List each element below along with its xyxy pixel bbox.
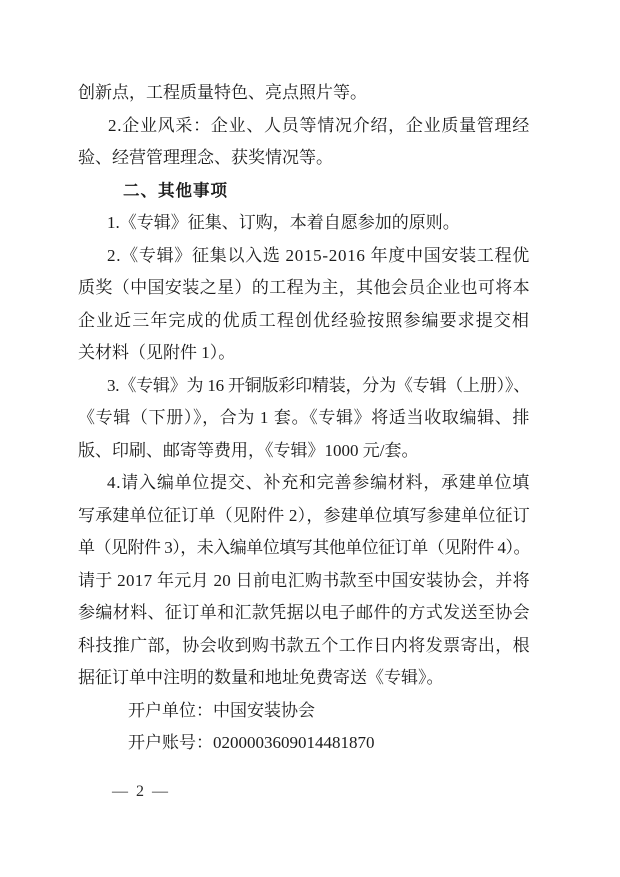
- text-line-content: 关材料（见附件 1）。: [78, 343, 235, 362]
- text-line: 据征订单中注明的数量和地址免费寄送《专辑》。: [78, 662, 530, 695]
- text-line: 开户账号：0200003609014481870: [78, 727, 530, 760]
- text-line: 创新点，工程质量特色、亮点照片等。: [78, 77, 530, 110]
- text-line-content: 开户单位：中国安装协会: [128, 701, 315, 720]
- text-line: 版、印刷、邮寄等费用，《专辑》1000 元/套。: [78, 435, 530, 468]
- text-line-content: 3.《专辑》为 16 开铜版彩印精装，分为《专辑（上册）》、: [107, 376, 530, 395]
- document-body: 创新点，工程质量特色、亮点照片等。2.企业风采：企业、人员等情况介绍，企业质量管…: [78, 77, 530, 760]
- document-page: 创新点，工程质量特色、亮点照片等。2.企业风采：企业、人员等情况介绍，企业质量管…: [0, 0, 620, 877]
- text-line: 参编材料、征订单和汇款凭据以电子邮件的方式发送至协会: [78, 597, 530, 630]
- text-line-content: 写承建单位征订单（见附件 2），参建单位填写参建单位征订: [78, 506, 530, 525]
- text-line-content: 二、其他事项: [123, 182, 228, 200]
- text-line: 1.《专辑》征集、订购，本着自愿参加的原则。: [78, 207, 530, 240]
- text-line: 企业近三年完成的优质工程创优经验按照参编要求提交相: [78, 305, 530, 338]
- section-heading: 二、其他事项: [78, 175, 530, 208]
- text-line: 科技推广部，协会收到购书款五个工作日内将发票寄出，根: [78, 630, 530, 663]
- text-line: 写承建单位征订单（见附件 2），参建单位填写参建单位征订: [78, 500, 530, 533]
- text-line: 质奖（中国安装之星）的工程为主，其他会员企业也可将本: [78, 272, 530, 305]
- text-line-content: 验、经营管理理念、获奖情况等。: [78, 148, 333, 167]
- text-line-content: 1.《专辑》征集、订购，本着自愿参加的原则。: [107, 213, 460, 232]
- text-line-content: 4.请入编单位提交、补充和完善参编材料，承建单位填: [107, 473, 530, 492]
- text-line-content: 《专辑（下册）》，合为 1 套。《专辑》将适当收取编辑、排: [78, 408, 530, 427]
- text-line-content: 企业近三年完成的优质工程创优经验按照参编要求提交相: [78, 311, 530, 330]
- text-line: 4.请入编单位提交、补充和完善参编材料，承建单位填: [78, 467, 530, 500]
- text-line-content: 请于 2017 年元月 20 日前电汇购书款至中国安装协会，并将: [78, 571, 530, 590]
- text-line-content: 创新点，工程质量特色、亮点照片等。: [78, 83, 367, 102]
- text-line-content: 2.企业风采：企业、人员等情况介绍，企业质量管理经: [108, 116, 530, 135]
- text-line: 开户单位：中国安装协会: [78, 695, 530, 728]
- text-line-content: 据征订单中注明的数量和地址免费寄送《专辑》。: [78, 668, 444, 687]
- text-line-content: 开户账号：0200003609014481870: [128, 733, 375, 752]
- text-line: 3.《专辑》为 16 开铜版彩印精装，分为《专辑（上册）》、: [78, 370, 530, 403]
- text-line-content: 科技推广部，协会收到购书款五个工作日内将发票寄出，根: [78, 636, 530, 655]
- page-number: — 2 —: [112, 783, 170, 801]
- text-line-content: 2.《专辑》征集以入选 2015-2016 年度中国安装工程优: [107, 246, 530, 265]
- text-line: 单（见附件 3），未入编单位填写其他单位征订单（见附件 4）。: [78, 532, 530, 565]
- text-line-content: 参编材料、征订单和汇款凭据以电子邮件的方式发送至协会: [78, 603, 530, 622]
- text-line: 2.《专辑》征集以入选 2015-2016 年度中国安装工程优: [78, 240, 530, 273]
- text-line: 验、经营管理理念、获奖情况等。: [78, 142, 530, 175]
- text-line: 《专辑（下册）》，合为 1 套。《专辑》将适当收取编辑、排: [78, 402, 530, 435]
- text-line: 2.企业风采：企业、人员等情况介绍，企业质量管理经: [78, 110, 530, 143]
- text-line: 请于 2017 年元月 20 日前电汇购书款至中国安装协会，并将: [78, 565, 530, 598]
- text-line-content: 单（见附件 3），未入编单位填写其他单位征订单（见附件 4）。: [78, 538, 530, 557]
- text-line-content: 质奖（中国安装之星）的工程为主，其他会员企业也可将本: [78, 278, 530, 297]
- text-line-content: 版、印刷、邮寄等费用，《专辑》1000 元/套。: [78, 441, 418, 460]
- text-line: 关材料（见附件 1）。: [78, 337, 530, 370]
